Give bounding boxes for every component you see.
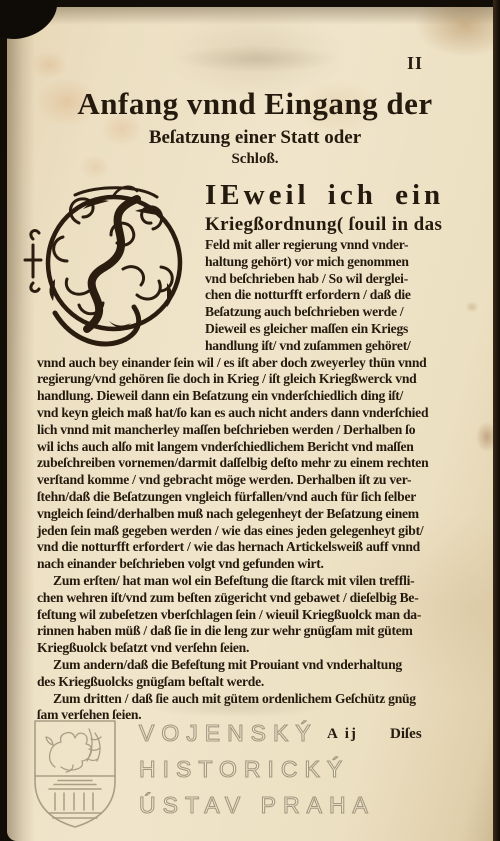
text-line: Kriegßuolck beſatzt vnd verſehn ſeien. xyxy=(37,640,477,657)
text-line: lich vnnd mit mancherley maſſen beſchrie… xyxy=(37,422,477,439)
text-line: wil ichs auch alſo mit langem vnderſchie… xyxy=(37,439,477,456)
text-line: handlung. Dieweil dann ein Beſatzung ein… xyxy=(37,388,477,405)
text-line: handlung iſt/ vnd zuſammen gehöret/ xyxy=(205,338,477,355)
text-line: verſtand komme / vnd gebracht möge werde… xyxy=(37,472,477,489)
text-line: feſtung wil zubeſetzen vberſchlagen ſein… xyxy=(37,607,477,624)
text-line: Dieweil es gleicher maſſen ein Kriegs xyxy=(205,321,477,338)
paragraph-3: Zum andern/daß die Befeſtung mit Prouian… xyxy=(37,657,477,691)
text-line: Kriegßordnung( ſouil in das xyxy=(205,213,477,237)
heading-line-2: Beſatzung einer Statt oder xyxy=(35,126,475,149)
text-line: chen die notturfft erfordern / daß die xyxy=(205,287,477,304)
text-line: nach einander beſchrieben volgt vnd gefu… xyxy=(37,556,477,573)
text-line: Feld mit aller regierung vnnd vnder- xyxy=(205,237,477,254)
signature-mark: A ij xyxy=(327,726,358,743)
text-line: regierung/vnd gehören ſie doch in Krieg … xyxy=(37,371,477,388)
text-line: Zum andern/daß die Befeſtung mit Prouian… xyxy=(37,657,477,674)
text-line: des Kriegßuolcks gnügſam beſtalt werde. xyxy=(37,674,477,691)
text-line: jeden ſein maß gegeben werden / wie das … xyxy=(37,523,477,540)
text-line: ſtehn/daß die Beſatzungen vngleich fürfa… xyxy=(37,489,477,506)
catchword: Diſes xyxy=(390,726,422,743)
text-line: Beſatzung auch beſchrieben werde / xyxy=(205,304,477,321)
paragraph-2: Zum erſten/ hat man wol ein Befeſtung di… xyxy=(37,573,477,657)
heading-line-1: Anfang vnnd Eingang der xyxy=(35,85,475,123)
text-line: chen wehren iſt/vnd zum beſten zügericht… xyxy=(37,590,477,607)
page-number: II xyxy=(407,53,447,74)
text-line: vnnd auch bey einander ſein wil / es iſt… xyxy=(37,355,477,372)
text-line: Zum dritten / daß ſie auch mit gütem ord… xyxy=(37,691,477,708)
scan-edge-right xyxy=(493,0,500,841)
paragraph-4: Zum dritten / daß ſie auch mit gütem ord… xyxy=(37,691,477,725)
text-line: haltung gehört) vor mich genommen xyxy=(205,254,477,271)
text-line: Zum erſten/ hat man wol ein Befeſtung di… xyxy=(37,573,477,590)
text-line: HISTORICKÝ xyxy=(139,751,469,787)
text-line: ÚSTAV PRAHA xyxy=(139,787,469,823)
scanned-page: VOJENSKÝHISTORICKÝÚSTAV PRAHA II Anfang … xyxy=(7,7,494,841)
body-text: IEweil ich ein Kriegßordnung( ſouil in d… xyxy=(37,177,477,724)
text-line: rinnen haben müß / daß ſie in die leng z… xyxy=(37,623,477,640)
heading-line-3: Schloß. xyxy=(35,150,475,168)
text-line: vnd keyn gleich maß hat/ſo kan es auch n… xyxy=(37,405,477,422)
paragraph-1-indented: Feld mit aller regierung vnnd vnder-halt… xyxy=(37,237,477,355)
text-line: vnd die notturfft erfordert / wie das he… xyxy=(37,539,477,556)
text-line: vnd beſchrieben hab / So wil derglei- xyxy=(205,271,477,288)
paragraph-1: vnnd auch bey einander ſein wil / es iſt… xyxy=(37,355,477,573)
signature-row: A ij Diſes xyxy=(37,726,477,746)
text-line: ſam verſehen ſeien. xyxy=(37,707,477,724)
text-line: vngleich ſeind/derhalben muß nach gelege… xyxy=(37,506,477,523)
text-line: zubeſchreiben vornemen/darmit daſſelbig … xyxy=(37,455,477,472)
chapter-heading: Anfang vnnd Eingang der Beſatzung einer … xyxy=(35,85,475,168)
text-line: IEweil ich ein xyxy=(205,177,477,213)
